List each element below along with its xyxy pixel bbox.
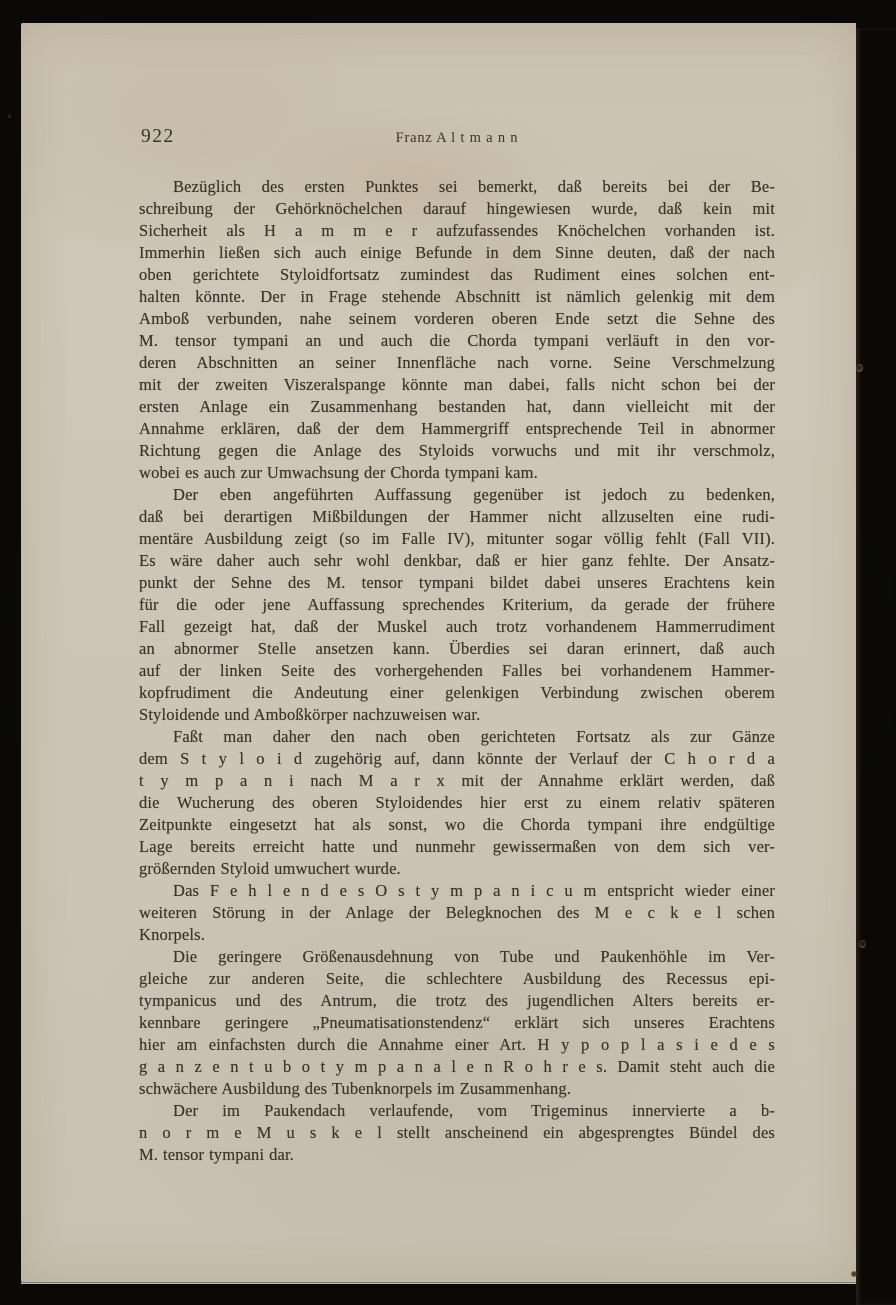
text-line: daß bei derartigen Mißbildungen der Hamm… [139, 506, 775, 528]
text-line: n o r m e M u s k e l stellt anscheinend… [139, 1122, 775, 1144]
text-line: schreibung der Gehörknöchelchen darauf h… [139, 198, 775, 220]
text-line: M. tensor tympani an und auch die Chorda… [139, 330, 775, 352]
ink-speck [856, 364, 863, 372]
text-line: Amboß verbunden, nahe seinem vorderen ob… [139, 308, 775, 330]
text-line: Die geringere Größenausdehnung von Tube … [139, 946, 775, 968]
text-line: Lage bereits erreicht hatte und nunmehr … [139, 836, 775, 858]
text-line: Es wäre daher auch sehr wohl denkbar, da… [139, 550, 775, 572]
text-line: an abnormer Stelle ansetzen kann. Überdi… [139, 638, 775, 660]
text-line: tympanicus und des Antrum, die trotz des… [139, 990, 775, 1012]
text-line: Annahme erklären, daß der dem Hammergrif… [139, 418, 775, 440]
text-line: kennbare geringere „Pneumatisationstende… [139, 1012, 775, 1034]
text-line: für die oder jene Auffassung sprechendes… [139, 594, 775, 616]
text-line: ersten Anlage ein Zusammenhang bestanden… [139, 396, 775, 418]
text-line: auf der linken Seite des vorhergehenden … [139, 660, 775, 682]
text-line: t y m p a n i nach M a r x mit der Annah… [139, 770, 775, 792]
text-line: hier am einfachsten durch die Annahme ei… [139, 1034, 775, 1056]
text-line: Fall gezeigt hat, daß der Muskel auch tr… [139, 616, 775, 638]
book-page: 922 Franz A l t m a n n Bezüglich des er… [21, 23, 856, 1282]
text-line: Knorpels. [139, 924, 775, 946]
text-line: Bezüglich des ersten Punktes sei bemerkt… [139, 176, 775, 198]
text-line: größernden Styloid umwuchert wurde. [139, 858, 775, 880]
dust-speck [8, 115, 11, 118]
text-line: Richtung gegen die Anlage des Styloids v… [139, 440, 775, 462]
text-line: oben gerichtete Styloidfortsatz zumindes… [139, 264, 775, 286]
text-line: punkt der Sehne des M. tensor tympani bi… [139, 572, 775, 594]
text-line: Der eben angeführten Auffassung gegenübe… [139, 484, 775, 506]
text-line: kopfrudiment die Andeutung einer gelenki… [139, 682, 775, 704]
running-head: Franz A l t m a n n [139, 130, 775, 147]
text-line: mentäre Ausbildung zeigt (so im Falle IV… [139, 528, 775, 550]
text-line: Styloidende und Amboßkörper nachzuweisen… [139, 704, 775, 726]
next-page-fore-edge [856, 28, 896, 1305]
text-line: Immerhin ließen sich auch einige Befunde… [139, 242, 775, 264]
ink-speck [851, 1271, 857, 1277]
text-line: halten könnte. Der in Frage stehende Abs… [139, 286, 775, 308]
text-line: wobei es auch zur Umwachsung der Chorda … [139, 462, 775, 484]
page-header: 922 Franz A l t m a n n [139, 126, 775, 152]
ink-speck [859, 940, 866, 948]
text-line: Faßt man daher den nach oben gerichteten… [139, 726, 775, 748]
text-line: mit der zweiten Viszeralspange könnte ma… [139, 374, 775, 396]
text-line: Zeitpunkte eingesetzt hat als sonst, wo … [139, 814, 775, 836]
text-line: die Wucherung des oberen Styloidendes hi… [139, 792, 775, 814]
text-line: deren Abschnitten an seiner Innenfläche … [139, 352, 775, 374]
text-line: weiteren Störung in der Anlage der Beleg… [139, 902, 775, 924]
text-line: schwächere Ausbildung des Tubenknorpels … [139, 1078, 775, 1100]
text-line: Der im Paukendach verlaufende, vom Trige… [139, 1100, 775, 1122]
text-line: M. tensor tympani dar. [139, 1144, 775, 1166]
text-line: Das F e h l e n d e s O s t y m p a n i … [139, 880, 775, 902]
text-line: dem S t y l o i d zugehörig auf, dann kö… [139, 748, 775, 770]
page-body: Bezüglich des ersten Punktes sei bemerkt… [139, 176, 775, 1166]
scan-background: 922 Franz A l t m a n n Bezüglich des er… [0, 0, 896, 1305]
text-line: gleiche zur anderen Seite, die schlechte… [139, 968, 775, 990]
text-line: Sicherheit als H a m m e r aufzufassende… [139, 220, 775, 242]
text-line: g a n z e n t u b o t y m p a n a l e n … [139, 1056, 775, 1078]
